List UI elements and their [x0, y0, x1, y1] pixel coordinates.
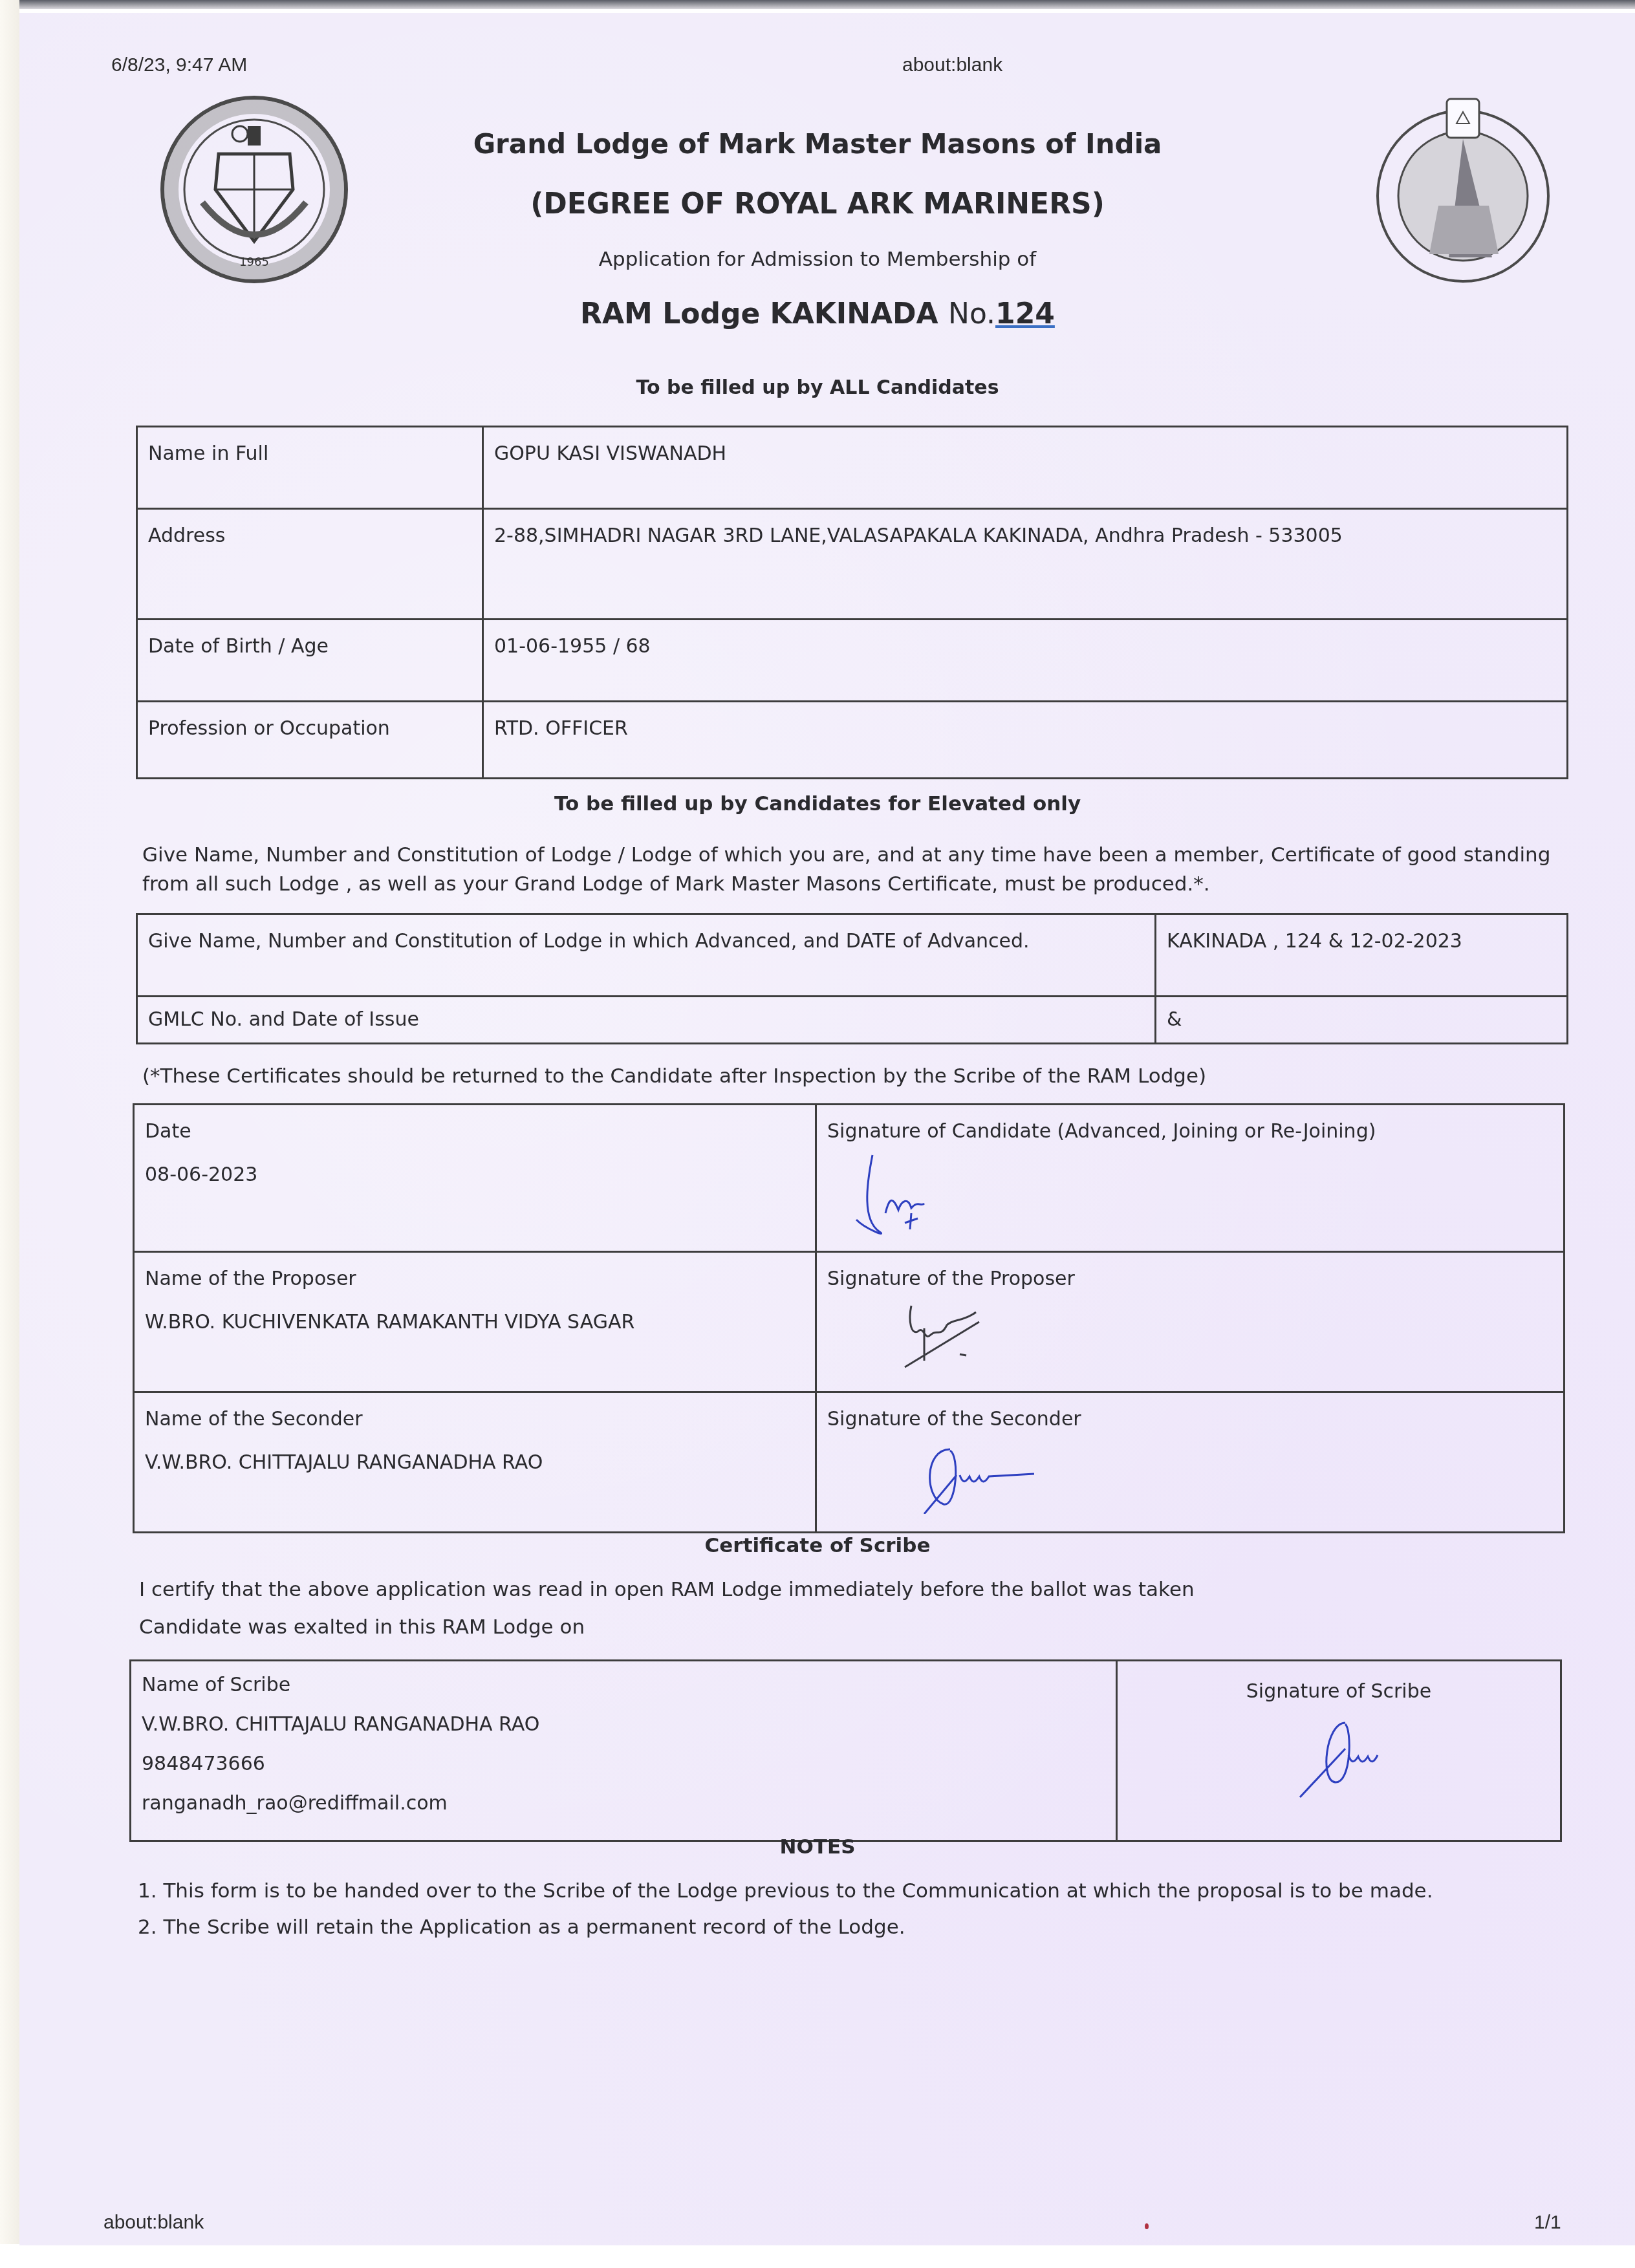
scribe-name: V.W.BRO. CHITTAJALU RANGANADHA RAO [142, 1710, 1105, 1739]
seconder-cell: Name of the Seconder V.W.BRO. CHITTAJALU… [134, 1392, 816, 1533]
signatures-table: Date 08-06-2023 Signature of Candidate (… [133, 1103, 1565, 1533]
candidate-signature-cell: Signature of Candidate (Advanced, Joinin… [816, 1105, 1565, 1252]
scribe-phone: 9848473666 [142, 1749, 1105, 1778]
elevated-details-table: Give Name, Number and Constitution of Lo… [136, 913, 1568, 1044]
candidate-signature-icon [827, 1149, 995, 1239]
print-page-number: 1/1 [1534, 2212, 1561, 2234]
scribe-name-label: Name of Scribe [142, 1670, 1105, 1700]
name-in-full-value: GOPU KASI VISWANADH [483, 427, 1568, 509]
field-label: GMLC No. and Date of Issue [137, 997, 1156, 1044]
advanced-lodge-value: KAKINADA , 124 & 12-02-2023 [1156, 914, 1568, 997]
lodge-name: RAM Lodge KAKINADA [580, 297, 938, 330]
lodge-no-label: No. [948, 297, 995, 330]
certificates-note: (*These Certificates should be returned … [142, 1062, 1206, 1091]
scribe-exalted-text: Candidate was exalted in this RAM Lodge … [139, 1613, 585, 1642]
scribe-certificate-heading: Certificate of Scribe [0, 1534, 1635, 1557]
seconder-label: Name of the Seconder [145, 1405, 805, 1434]
table-row: Profession or Occupation RTD. OFFICER [137, 702, 1568, 779]
field-label: Name in Full [137, 427, 483, 509]
elevated-instruction: Give Name, Number and Constitution of Lo… [142, 841, 1565, 899]
scribe-signature-cell: Signature of Scribe [1117, 1661, 1561, 1841]
proposer-signature-label: Signature of the Proposer [827, 1264, 1553, 1293]
seconder-signature-icon [827, 1436, 1073, 1514]
notes-heading: NOTES [0, 1835, 1635, 1859]
note-item: 1. This form is to be handed over to the… [138, 1877, 1433, 1906]
section-all-heading: To be filled up by ALL Candidates [0, 376, 1635, 399]
scan-edge [0, 0, 1635, 9]
dob-age-value: 01-06-1955 / 68 [483, 620, 1568, 702]
table-row: Give Name, Number and Constitution of Lo… [137, 914, 1568, 997]
field-label: Date of Birth / Age [137, 620, 483, 702]
lodge-number: 124 [995, 297, 1055, 330]
scribe-table: Name of Scribe V.W.BRO. CHITTAJALU RANGA… [129, 1659, 1562, 1842]
print-footer-url: about:blank [103, 2212, 204, 2234]
scribe-signature-icon [1255, 1710, 1423, 1800]
section-elevated-heading: To be filled up by Candidates for Elevat… [0, 792, 1635, 815]
date-value: 08-06-2023 [145, 1160, 805, 1189]
application-subtitle: Application for Admission to Membership … [0, 248, 1635, 271]
print-url: about:blank [902, 54, 1002, 76]
scribe-details-cell: Name of Scribe V.W.BRO. CHITTAJALU RANGA… [131, 1661, 1117, 1841]
table-row: Date of Birth / Age 01-06-1955 / 68 [137, 620, 1568, 702]
field-label: Profession or Occupation [137, 702, 483, 779]
profession-value: RTD. OFFICER [483, 702, 1568, 779]
table-row: Name in Full GOPU KASI VISWANADH [137, 427, 1568, 509]
date-label: Date [145, 1117, 805, 1146]
org-title: Grand Lodge of Mark Master Masons of Ind… [0, 128, 1635, 160]
proposer-name: W.BRO. KUCHIVENKATA RAMAKANTH VIDYA SAGA… [145, 1308, 805, 1337]
table-row: Name of Scribe V.W.BRO. CHITTAJALU RANGA… [131, 1661, 1561, 1841]
scribe-signature-label: Signature of Scribe [1128, 1677, 1550, 1706]
ink-speck [1145, 2223, 1149, 2229]
date-cell: Date 08-06-2023 [134, 1105, 816, 1252]
note-item: 2. The Scribe will retain the Applicatio… [138, 1913, 905, 1942]
seconder-signature-cell: Signature of the Seconder [816, 1392, 1565, 1533]
proposer-cell: Name of the Proposer W.BRO. KUCHIVENKATA… [134, 1252, 816, 1392]
scan-edge-left [0, 0, 19, 2244]
field-label: Give Name, Number and Constitution of Lo… [137, 914, 1156, 997]
table-row: Name of the Seconder V.W.BRO. CHITTAJALU… [134, 1392, 1565, 1533]
seconder-signature-label: Signature of the Seconder [827, 1405, 1553, 1434]
table-row: Address 2-88,SIMHADRI NAGAR 3RD LANE,VAL… [137, 509, 1568, 620]
proposer-signature-cell: Signature of the Proposer [816, 1252, 1565, 1392]
field-label: Address [137, 509, 483, 620]
degree-title: (DEGREE OF ROYAL ARK MARINERS) [0, 188, 1635, 221]
candidate-signature-label: Signature of Candidate (Advanced, Joinin… [827, 1117, 1553, 1146]
table-row: Name of the Proposer W.BRO. KUCHIVENKATA… [134, 1252, 1565, 1392]
table-row: GMLC No. and Date of Issue & [137, 997, 1568, 1044]
gmlc-value: & [1156, 997, 1568, 1044]
proposer-label: Name of the Proposer [145, 1264, 805, 1293]
address-value: 2-88,SIMHADRI NAGAR 3RD LANE,VALASAPAKAL… [483, 509, 1568, 620]
candidate-details-table: Name in Full GOPU KASI VISWANADH Address… [136, 426, 1568, 779]
proposer-signature-icon [827, 1296, 1021, 1374]
seconder-name: V.W.BRO. CHITTAJALU RANGANADHA RAO [145, 1448, 805, 1477]
print-datetime: 6/8/23, 9:47 AM [111, 54, 247, 76]
lodge-title: RAM Lodge KAKINADA No.124 [0, 297, 1635, 330]
table-row: Date 08-06-2023 Signature of Candidate (… [134, 1105, 1565, 1252]
scribe-certify-text: I certify that the above application was… [139, 1575, 1195, 1604]
scribe-email: ranganadh_rao@rediffmail.com [142, 1789, 1105, 1818]
